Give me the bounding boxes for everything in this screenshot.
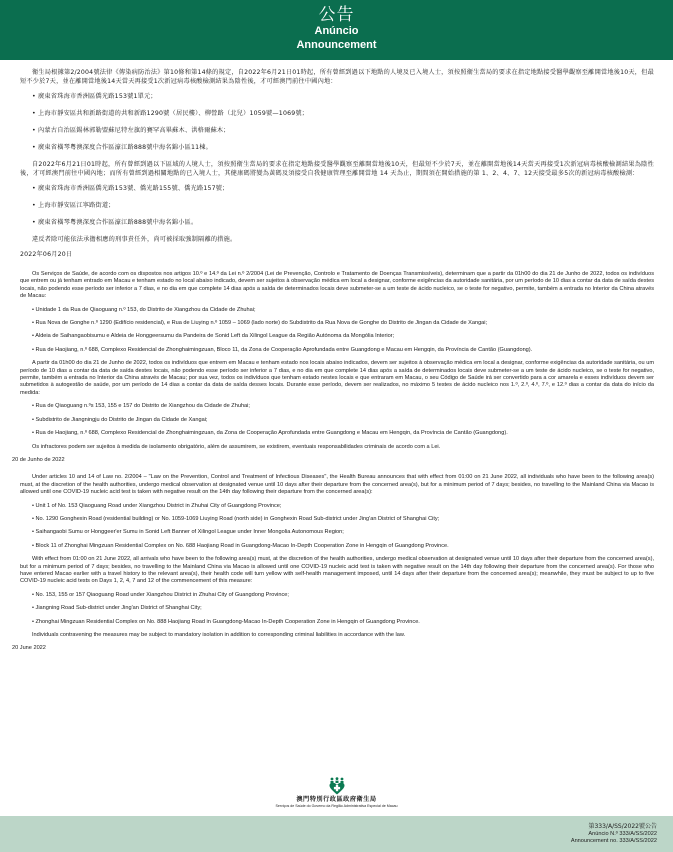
en-list1-item: Block 11 of Zhonghai Mingzuan Residentia…	[32, 543, 654, 550]
announcement-body: 衛生局根據第2/2004號法律《傳染病防治法》第10條和第14條的規定，自202…	[20, 68, 654, 663]
zh-closing: 違反者除可能依法承擔相應的刑事責任外，尚可被採取強制隔離的措施。	[20, 235, 654, 244]
pt-list2-item: Rua de Qiaoguang n.ºs 153, 155 e 157 do …	[32, 403, 654, 410]
en-closing: Individuals contravening the measures ma…	[20, 632, 654, 639]
reference-chinese: 第333/A/SS/2022號公告	[571, 824, 657, 831]
announcement-header: 公告 Anúncio Announcement	[0, 0, 673, 60]
en-date: 20 June 2022	[12, 645, 654, 652]
en-paragraph-1: Under articles 10 and 14 of Law no. 2/20…	[20, 474, 654, 496]
en-list1-item: Unit 1 of No. 153 Qiaoguang Road under X…	[32, 503, 654, 510]
zh-paragraph-2: 自2022年6月21日01時起，所有曾經到過以下區域的人境人士，須按照衛生當局的…	[20, 160, 654, 178]
zh-list2-item: 廣東省橫琴粵澳深度合作區濠江路888號中海名錦小區。	[32, 218, 654, 227]
title-chinese: 公告	[0, 0, 673, 25]
en-list2-item: Zhonghai Mingzuan Residential Complex on…	[32, 619, 654, 626]
pt-paragraph-2: A partir da 01h00 do dia 21 de Junho de …	[20, 360, 654, 397]
zh-list1-item: 廣東省橫琴粵澳深度合作區濠江路888號中海名錦小區11棟。	[32, 143, 654, 152]
health-bureau-logo-icon	[329, 777, 345, 795]
pt-list2-item: Subdistrito de Jiangningju do Distrito d…	[32, 417, 654, 424]
org-name-chinese: 澳門特別行政區政府衛生局	[0, 796, 673, 804]
title-english: Announcement	[0, 38, 673, 52]
en-list1-item: Saihangaobi Sumu or Honggeer'er Sumu in …	[32, 529, 654, 536]
reference-portuguese: Anúncio N.º 333/A/SS/2022	[571, 831, 657, 838]
en-list2-item: Jiangning Road Sub-district under Jing'a…	[32, 605, 654, 612]
en-list1-item: No. 1290 Gonghexin Road (residential bui…	[32, 516, 654, 523]
zh-list1-item: 內蒙古自治區錫林郭勒盟蘇尼特左旗的賽罕高畢蘇木、洪格爾蘇木；	[32, 126, 654, 135]
org-name-portuguese: Serviços de Saúde do Governo da Região A…	[0, 804, 673, 809]
pt-closing: Os infractores podem ser sujeitos à medi…	[20, 444, 654, 451]
pt-list1-item: Aldeia de Saihangaobisumu e Aldeia de Ho…	[32, 333, 654, 340]
en-paragraph-2: With effect from 01:00 on 21 June 2022, …	[20, 556, 654, 586]
zh-paragraph-1: 衛生局根據第2/2004號法律《傳染病防治法》第10條和第14條的規定，自202…	[20, 68, 654, 86]
zh-date: 2022年06月20日	[20, 250, 654, 259]
pt-list1-item: Rua Nova de Gonghe n.º 1290 (Edifício re…	[32, 320, 654, 327]
pt-paragraph-1: Os Serviços de Saúde, de acordo com os d…	[20, 271, 654, 301]
zh-list2-item: 上海市靜安區江寧路街道；	[32, 201, 654, 210]
chinese-section: 衛生局根據第2/2004號法律《傳染病防治法》第10條和第14條的規定，自202…	[20, 68, 654, 259]
zh-list1-item: 上海市靜安區共和新路街道的共和新路1290號（居民樓）、柳營路（北兒）1059號…	[32, 109, 654, 118]
reference-english: Announcement no. 333/A/SS/2022	[571, 838, 657, 845]
zh-list1-item: 廣東省珠海市香洲區僑光路153號1單元；	[32, 92, 654, 101]
title-portuguese: Anúncio	[0, 25, 673, 38]
footer-reference-band: 第333/A/SS/2022號公告 Anúncio N.º 333/A/SS/2…	[0, 816, 673, 852]
english-section: Under articles 10 and 14 of Law no. 2/20…	[20, 474, 654, 653]
pt-date: 20 de Junho de 2022	[12, 457, 654, 464]
footer-logo-block: 澳門特別行政區政府衛生局 Serviços de Saúde do Govern…	[0, 777, 673, 809]
zh-list2-item: 廣東省珠海市香洲區僑光路153號、僑光路155號、僑光路157號；	[32, 184, 654, 193]
en-list2-item: No. 153, 155 or 157 Qiaoguang Road under…	[32, 592, 654, 599]
pt-list1-item: Unidade 1 da Rua de Qiaoguang n.º 153, d…	[32, 307, 654, 314]
announcement-reference: 第333/A/SS/2022號公告 Anúncio N.º 333/A/SS/2…	[571, 824, 657, 844]
pt-list2-item: Rua de Haojiang, n.º 688, Complexo Resid…	[32, 430, 654, 437]
pt-list1-item: Rua de Haojiang, n.º 688, Complexo Resid…	[32, 347, 654, 354]
portuguese-section: Os Serviços de Saúde, de acordo com os d…	[20, 271, 654, 464]
